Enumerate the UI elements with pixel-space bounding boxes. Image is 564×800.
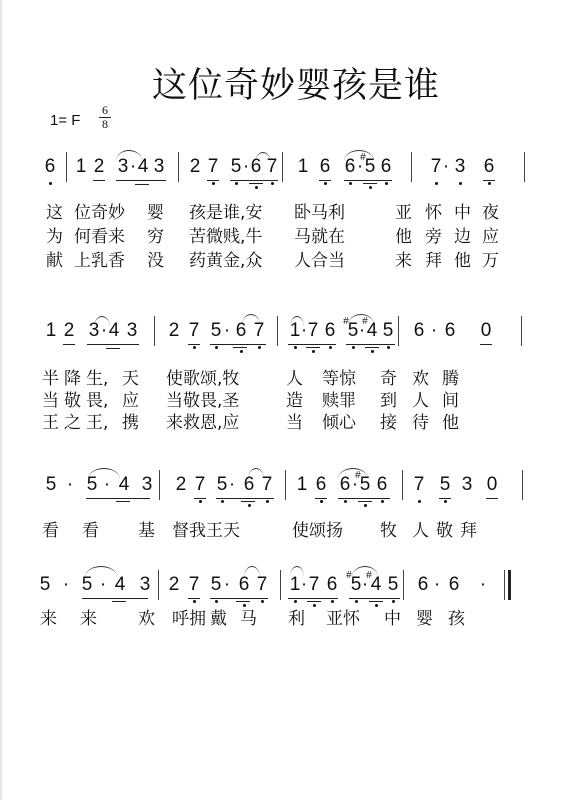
note: 5 xyxy=(439,474,451,496)
note: 7 xyxy=(413,474,425,496)
lyric-syllable: 应 xyxy=(122,390,139,412)
lower-octave-dot xyxy=(371,350,374,353)
time-numerator: 6 xyxy=(98,104,112,117)
lower-octave-dot xyxy=(320,500,323,503)
note: 6 xyxy=(413,320,425,342)
lyric-syllable: 他 xyxy=(442,412,459,434)
beam-underline xyxy=(236,601,250,602)
lyric-syllable: 拜 xyxy=(425,250,442,272)
note: 3 xyxy=(141,474,153,496)
note: 6 xyxy=(315,474,327,496)
beam-underline xyxy=(210,598,268,599)
beam-underline xyxy=(233,347,247,348)
lyric-syllable: 携 xyxy=(122,412,139,434)
lyric-syllable: 生, xyxy=(86,368,108,390)
lower-octave-dot xyxy=(344,500,347,503)
slur-arc xyxy=(242,314,260,325)
lyric-syllable: 欢 xyxy=(138,608,155,630)
lower-octave-dot xyxy=(375,604,378,607)
lower-octave-dot xyxy=(381,500,384,503)
lyric-syllable: 为 xyxy=(46,226,63,248)
lyric-syllable: 何看来 xyxy=(74,226,125,248)
note: 5 xyxy=(81,574,93,596)
lyric-syllable: 人 xyxy=(286,368,303,390)
barline xyxy=(282,152,283,182)
lyric-syllable: 半 xyxy=(42,368,59,390)
duration-dot: · xyxy=(66,474,74,496)
lyric-syllable: 倾心 xyxy=(322,412,356,434)
lyric-syllable: 药黄金,众 xyxy=(189,250,262,272)
barline xyxy=(159,470,160,500)
lyric-syllable: 上乳香 xyxy=(74,250,125,272)
note: 6 xyxy=(44,156,56,178)
lyric-syllable: 穷 xyxy=(147,226,164,248)
lyric-syllable: 当敬畏,圣 xyxy=(166,390,239,412)
lyric-syllable: 人 xyxy=(412,390,429,412)
lower-octave-dot xyxy=(418,500,421,503)
beam-underline xyxy=(480,344,492,345)
note: 5 xyxy=(230,156,242,178)
lyric-syllable: 间 xyxy=(442,390,459,412)
beam-underline xyxy=(486,498,498,499)
lyric-syllable: 当 xyxy=(42,390,59,412)
duration-dot: · xyxy=(242,156,250,178)
barline xyxy=(411,152,412,182)
note: 1 xyxy=(296,474,308,496)
lyric-syllable: 呼拥 xyxy=(172,608,206,630)
barline xyxy=(154,316,155,346)
beam-underline xyxy=(363,183,377,184)
beam-underline xyxy=(63,344,75,345)
lyric-syllable: 待 xyxy=(412,412,429,434)
beam-underline xyxy=(306,347,320,348)
lyric-syllable: 万 xyxy=(482,250,499,272)
notation-line: 5 · 5 · 4 3 2 7 5 · 6 7 1 · 7 6 xyxy=(2,568,564,608)
lower-octave-dot xyxy=(221,500,224,503)
lower-octave-dot xyxy=(488,182,491,185)
note: 7 xyxy=(430,156,442,178)
lyric-syllable: 他 xyxy=(395,226,412,248)
lyric-syllable: 亚怀 xyxy=(326,608,360,630)
lyric-syllable: 他 xyxy=(454,250,471,272)
slur-arc xyxy=(244,566,260,577)
beam-underline xyxy=(349,598,400,599)
lyric-syllable: 奇 xyxy=(380,368,397,390)
lower-octave-dot xyxy=(243,604,246,607)
note: 5 xyxy=(216,474,228,496)
sheet-music-page: 这位奇妙婴孩是谁 1= F 6 8 6 1 2 3 · 4 3 2 7 5 · … xyxy=(0,0,564,800)
slur-arc xyxy=(85,566,117,577)
note: 5 xyxy=(387,574,399,596)
note: 0 xyxy=(480,320,492,342)
lyric-syllable: 欢 xyxy=(412,368,429,390)
note: 6 xyxy=(444,320,456,342)
barline xyxy=(158,570,159,600)
note: 7 xyxy=(188,574,200,596)
lyric-syllable: 怀 xyxy=(425,202,442,224)
note: 4 xyxy=(114,574,126,596)
lower-octave-dot xyxy=(266,500,269,503)
note: 5 xyxy=(39,574,51,596)
lyric-syllable: 亚 xyxy=(395,202,412,224)
note: 6 xyxy=(376,474,388,496)
lower-octave-dot xyxy=(355,600,358,603)
lower-octave-dot xyxy=(193,346,196,349)
slur-arc xyxy=(344,150,374,161)
note: 2 xyxy=(168,574,180,596)
note: 3 xyxy=(454,156,466,178)
lower-octave-dot xyxy=(271,182,274,185)
lyric-syllable: 拜 xyxy=(460,520,477,542)
duration-dot: · xyxy=(442,156,450,178)
duration-dot: · xyxy=(62,574,70,596)
lyric-syllable: 来 xyxy=(80,608,97,630)
lyric-syllable: 敬 xyxy=(436,520,453,542)
beam-underline xyxy=(307,601,321,602)
song-title: 这位奇妙婴孩是谁 xyxy=(152,58,440,108)
note: 2 xyxy=(175,474,187,496)
lower-octave-dot xyxy=(215,600,218,603)
duration-dot: · xyxy=(430,320,438,342)
slur-arc xyxy=(290,566,304,577)
beam-underline xyxy=(365,347,379,348)
lyric-syllable: 腾 xyxy=(442,368,459,390)
note: 2 xyxy=(63,320,75,342)
lyric-syllable: 人合当 xyxy=(294,250,345,272)
lyric-syllable: 王 xyxy=(42,412,59,434)
slur-arc xyxy=(255,152,271,163)
note: 0 xyxy=(486,474,498,496)
beam-underline xyxy=(194,498,206,499)
note: 6 xyxy=(483,156,495,178)
lower-octave-dot xyxy=(352,346,355,349)
lower-octave-dot xyxy=(387,346,390,349)
lyric-syllable: 马就在 xyxy=(294,226,345,248)
beam-underline xyxy=(369,601,383,602)
lyric-syllable: 位奇妙 xyxy=(74,202,125,224)
lyric-syllable: 这 xyxy=(46,202,63,224)
barline xyxy=(402,470,403,500)
note: 1 xyxy=(75,156,87,178)
lyric-syllable: 牧 xyxy=(380,520,397,542)
lyric-syllable: 利 xyxy=(288,608,305,630)
lyric-syllable: 孩 xyxy=(448,608,465,630)
lyric-syllable: 接 xyxy=(380,412,397,434)
beam-underline xyxy=(207,180,219,181)
beam-underline xyxy=(315,498,327,499)
lyric-syllable: 赎罪 xyxy=(322,390,356,412)
note: 3 xyxy=(126,320,138,342)
duration-dot: · xyxy=(223,320,231,342)
time-denominator: 8 xyxy=(98,118,112,131)
slur-arc xyxy=(348,314,374,325)
slur-arc xyxy=(338,468,368,479)
note: 7 xyxy=(188,320,200,342)
lower-octave-dot xyxy=(349,182,352,185)
note: 5 xyxy=(210,320,222,342)
note: 6 xyxy=(417,574,429,596)
note: 2 xyxy=(93,156,105,178)
duration-dot: · xyxy=(228,474,236,496)
slur-arc xyxy=(248,468,264,479)
lyric-syllable: 畏, xyxy=(86,390,108,412)
note: 3 xyxy=(461,474,473,496)
lyric-syllable: 卧马利 xyxy=(294,202,345,224)
note: 6 xyxy=(238,574,250,596)
slur-arc xyxy=(94,316,110,327)
beam-underline xyxy=(188,598,200,599)
lower-octave-dot xyxy=(248,504,251,507)
lyric-syllable: 当 xyxy=(286,412,303,434)
time-signature: 6 8 xyxy=(98,104,112,131)
beam-underline xyxy=(439,498,451,499)
lyric-syllable: 苦微贱,牛 xyxy=(189,226,262,248)
lyric-syllable: 献 xyxy=(46,250,63,272)
lyric-syllable: 等惊 xyxy=(322,368,356,390)
beam-underline xyxy=(106,348,120,349)
note: 6 xyxy=(326,574,338,596)
note: 5 xyxy=(45,474,57,496)
lyric-syllable: 使歌颂,牧 xyxy=(166,368,239,390)
lyric-syllable: 来救恩,应 xyxy=(166,412,239,434)
lyric-syllable: 孩是谁,安 xyxy=(189,202,262,224)
lower-octave-dot xyxy=(392,600,395,603)
lyric-syllable: 来 xyxy=(40,608,57,630)
beam-underline xyxy=(483,180,495,181)
note: 3 xyxy=(153,156,165,178)
lower-octave-dot xyxy=(255,186,258,189)
slur-arc xyxy=(290,316,304,327)
note: 3 xyxy=(139,574,151,596)
lyric-syllable: 之 xyxy=(64,412,81,434)
lower-octave-dot xyxy=(240,350,243,353)
note: 5 xyxy=(382,320,394,342)
lyric-syllable: 看 xyxy=(42,520,59,542)
duration-dot: · xyxy=(223,574,231,596)
beam-underline xyxy=(230,180,278,181)
beam-underline xyxy=(338,498,390,499)
beam-underline xyxy=(216,498,274,499)
note: 6 xyxy=(319,156,331,178)
lower-octave-dot xyxy=(212,182,215,185)
lower-octave-dot xyxy=(364,504,367,507)
lyric-syllable: 看 xyxy=(82,520,99,542)
note: 6 xyxy=(324,320,336,342)
lyric-syllable: 王, xyxy=(86,412,108,434)
lyric-syllable: 中 xyxy=(454,202,471,224)
lower-octave-dot xyxy=(49,182,52,185)
note: 5 xyxy=(210,574,222,596)
final-barline xyxy=(508,570,511,600)
beam-underline xyxy=(112,601,126,602)
duration-dot: · xyxy=(99,574,107,596)
lower-octave-dot xyxy=(199,500,202,503)
barline xyxy=(524,152,525,182)
lower-octave-dot xyxy=(235,182,238,185)
lyric-syllable: 到 xyxy=(380,390,397,412)
duration-dot: · xyxy=(433,574,441,596)
slur-arc xyxy=(116,150,142,161)
lower-octave-dot xyxy=(258,346,261,349)
lyric-syllable: 戴 xyxy=(210,608,227,630)
note: 2 xyxy=(189,156,201,178)
note: 6 xyxy=(448,574,460,596)
lyric-syllable: 督我王天 xyxy=(172,520,240,542)
lower-octave-dot xyxy=(193,600,196,603)
note: 7 xyxy=(307,320,319,342)
lyric-syllable: 旁 xyxy=(425,226,442,248)
beam-underline xyxy=(344,180,392,181)
barline xyxy=(521,316,522,346)
notation-line: 6 1 2 3 · 4 3 2 7 5 · 6 7 1 6 xyxy=(2,150,564,190)
barline xyxy=(280,570,281,600)
beam-underline xyxy=(288,344,336,345)
lower-octave-dot xyxy=(444,500,447,503)
lyric-syllable: 马 xyxy=(240,608,257,630)
barline xyxy=(522,470,523,500)
note: 7 xyxy=(207,156,219,178)
lower-octave-dot xyxy=(294,600,297,603)
note: 1 xyxy=(297,156,309,178)
lower-octave-dot xyxy=(313,604,316,607)
lyric-syllable: 没 xyxy=(147,250,164,272)
lower-octave-dot xyxy=(215,346,218,349)
lower-octave-dot xyxy=(385,182,388,185)
lower-octave-dot xyxy=(369,186,372,189)
lower-octave-dot xyxy=(459,182,462,185)
lower-octave-dot xyxy=(312,350,315,353)
lyric-syllable: 人 xyxy=(412,520,429,542)
beam-underline xyxy=(93,180,105,181)
beam-underline xyxy=(346,344,395,345)
beam-underline xyxy=(210,344,266,345)
lyric-syllable: 婴 xyxy=(147,202,164,224)
lower-octave-dot xyxy=(261,600,264,603)
lyric-syllable: 使颂扬 xyxy=(292,520,343,542)
lyric-syllable: 造 xyxy=(286,390,303,412)
lyric-syllable: 来 xyxy=(395,250,412,272)
lyric-syllable: 应 xyxy=(482,226,499,248)
duration-dot: · xyxy=(300,574,308,596)
notation-line: 5 · 5 · 4 3 2 7 5 · 6 7 1 6 6 · xyxy=(2,468,564,508)
lyric-syllable: 降 xyxy=(64,368,81,390)
beam-underline xyxy=(249,183,263,184)
barline xyxy=(277,316,278,346)
notation-line: 1 2 3 · 4 3 2 7 5 · 6 7 1 · 7 6 xyxy=(2,314,564,354)
lower-octave-dot xyxy=(331,600,334,603)
note: 1 xyxy=(45,320,57,342)
beam-underline xyxy=(86,498,150,499)
slur-arc xyxy=(88,468,120,479)
note: 6 xyxy=(380,156,392,178)
note: 7 xyxy=(256,574,268,596)
lyric-syllable: 天 xyxy=(122,368,139,390)
lower-octave-dot xyxy=(294,346,297,349)
beam-underline xyxy=(116,501,130,502)
note: 2 xyxy=(168,320,180,342)
lyric-syllable: 边 xyxy=(454,226,471,248)
lyric-syllable: 婴 xyxy=(416,608,433,630)
barline xyxy=(66,152,67,182)
beam-underline xyxy=(87,344,139,345)
beam-underline xyxy=(358,501,372,502)
barline xyxy=(504,570,505,600)
lower-octave-dot xyxy=(329,346,332,349)
note: 7 xyxy=(308,574,320,596)
duration-dot: · xyxy=(479,574,487,596)
beam-underline xyxy=(82,598,148,599)
lyric-syllable: 夜 xyxy=(482,202,499,224)
beam-underline xyxy=(319,180,331,181)
beam-underline xyxy=(116,180,166,181)
barline xyxy=(178,152,179,182)
sharp-sign: # xyxy=(346,565,352,587)
lyric-syllable: 敬 xyxy=(64,390,81,412)
lyric-syllable: 基 xyxy=(138,520,155,542)
beam-underline xyxy=(188,344,200,345)
note: 7 xyxy=(194,474,206,496)
note: 4# xyxy=(370,574,382,596)
lyric-syllable: 中 xyxy=(384,608,401,630)
barline xyxy=(285,470,286,500)
beam-underline xyxy=(288,598,338,599)
beam-underline xyxy=(135,184,149,185)
lower-octave-dot xyxy=(435,182,438,185)
note: 4 xyxy=(108,320,120,342)
slur-arc xyxy=(352,566,378,577)
lower-octave-dot xyxy=(324,182,327,185)
key-signature: 1= F xyxy=(50,112,80,129)
barline xyxy=(398,316,399,346)
barline xyxy=(403,570,404,600)
beam-underline xyxy=(241,501,255,502)
